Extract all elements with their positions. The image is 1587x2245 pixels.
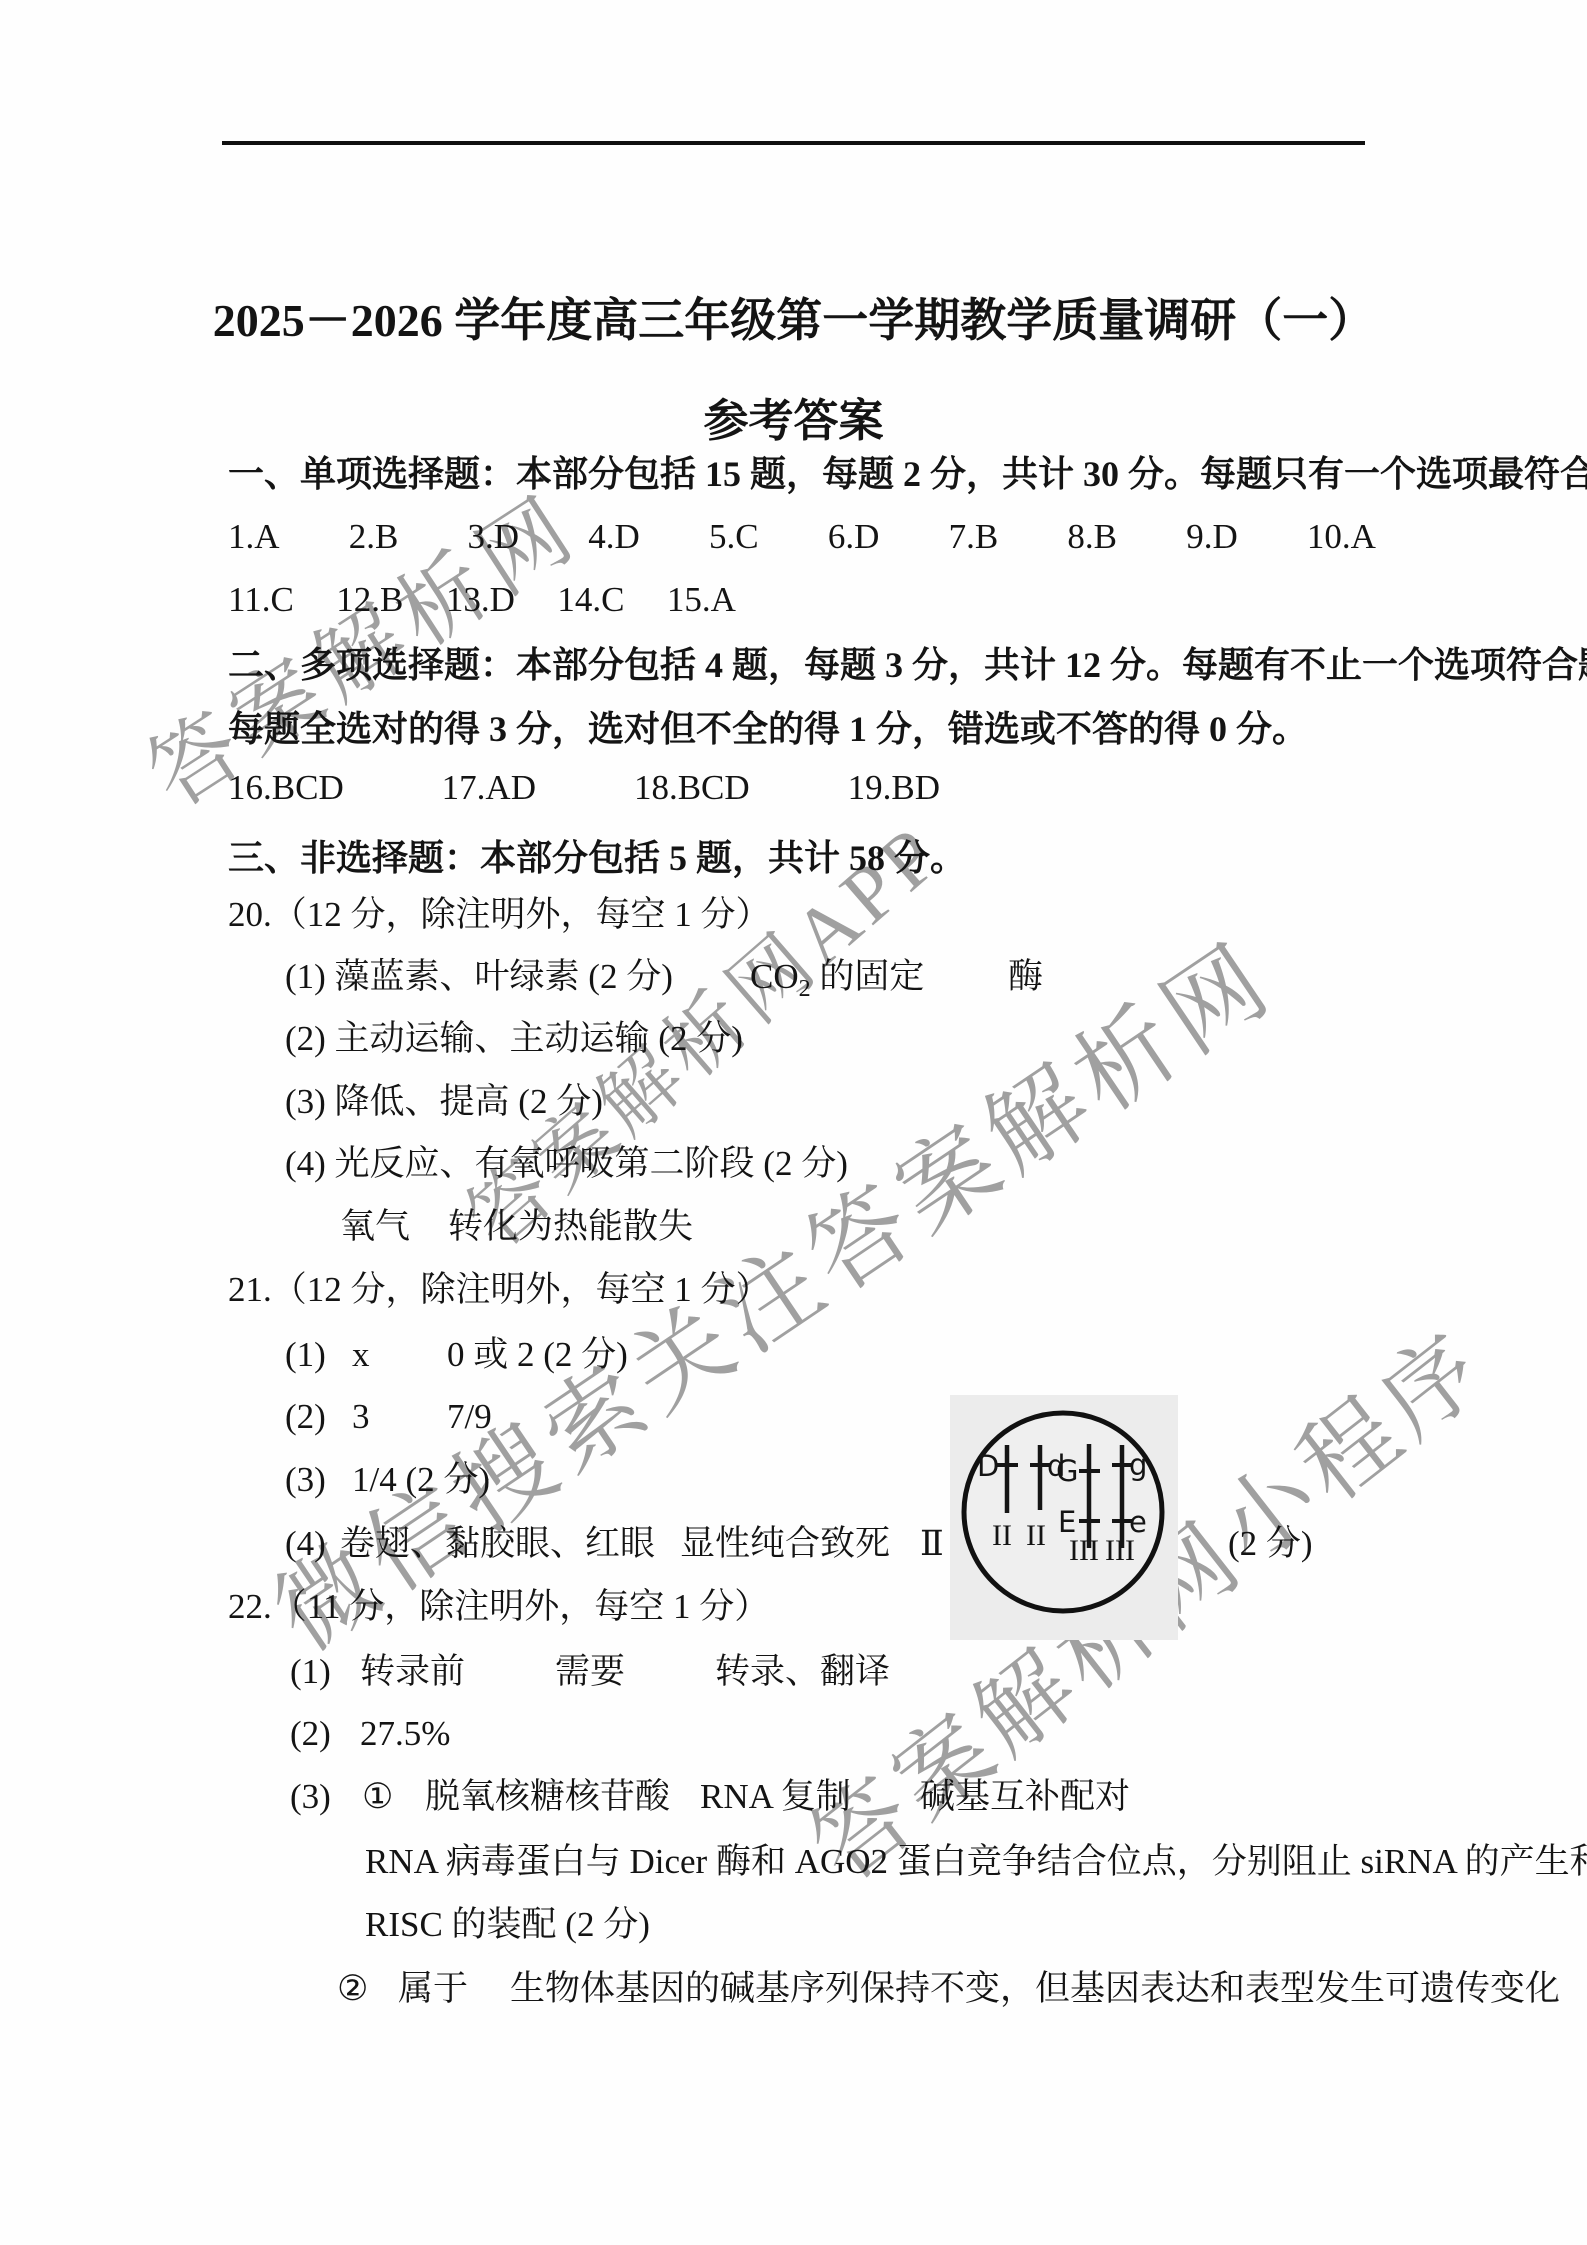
answer-1: 1.A	[228, 517, 280, 557]
answer-12: 12.B	[336, 580, 403, 620]
q21-heading: 21.（12 分，除注明外，每空 1 分）	[228, 1268, 771, 1312]
answer-17: 17.AD	[442, 768, 536, 808]
answer-5: 5.C	[709, 517, 759, 557]
q22-item3-answer2: RNA 复制	[700, 1775, 851, 1819]
q20-item3: (3) 降低、提高 (2 分)	[285, 1080, 603, 1124]
q21-item2-answer1: 3	[352, 1395, 370, 1439]
q22-item3-explanation-line1: RNA 病毒蛋白与 Dicer 酶和 AGO2 蛋白竞争结合位点，分别阻止 si…	[365, 1840, 1587, 1884]
answer-14: 14.C	[557, 580, 624, 620]
section2-answers-row: 16.BCD 17.AD 18.BCD 19.BD	[228, 768, 940, 808]
chromosome-cell-diagram: D II d II G E III g e III	[950, 1395, 1178, 1640]
answer-2: 2.B	[349, 517, 399, 557]
q22-item1-answer2: 需要	[555, 1650, 625, 1694]
q22-item1-answer1: 转录前	[360, 1650, 465, 1694]
q21-item2-answer2: 7/9	[447, 1395, 492, 1439]
answer-15: 15.A	[667, 580, 736, 620]
answer-6: 6.D	[828, 517, 880, 557]
answer-18: 18.BCD	[634, 768, 750, 808]
q22-item3-circled1: ①	[362, 1775, 393, 1819]
q22-item1-answer3: 转录、翻译	[715, 1650, 890, 1694]
q22-item2-number: (2)	[290, 1712, 331, 1756]
answer-3: 3.D	[468, 517, 520, 557]
q22-item3-number: (3)	[290, 1775, 331, 1819]
chromosome-number-III-2: III	[1105, 1534, 1135, 1567]
section1-answers-row2: 11.C 12.B 13.D 14.C 15.A	[228, 580, 736, 620]
q20-heading: 20.（12 分，除注明外，每空 1 分）	[228, 893, 771, 937]
q22-item3-answer1: 脱氧核糖核苷酸	[425, 1775, 670, 1819]
q22-item1-number: (1)	[290, 1650, 331, 1694]
co2-subscript: 2	[799, 976, 811, 1002]
q21-item4-answer1: 卷翅、黏胶眼、红眼	[340, 1522, 655, 1566]
q21-item1-answer2: 0 或 2 (2 分)	[447, 1333, 628, 1377]
allele-label-G: G	[1056, 1454, 1078, 1488]
q21-item1-answer1: x	[352, 1333, 370, 1377]
answer-11: 11.C	[228, 580, 294, 620]
section2-heading-line2: 每题全选对的得 3 分，选对但不全的得 1 分，错选或不答的得 0 分。	[228, 707, 1308, 752]
q21-item2-number: (2)	[285, 1395, 326, 1439]
answer-9: 9.D	[1186, 517, 1238, 557]
answer-4: 4.D	[588, 517, 640, 557]
q22-item2-answer: 27.5%	[360, 1712, 450, 1756]
q20-item1-answer3: 酶	[1008, 955, 1043, 999]
q22-item3-answer3: 碱基互补配对	[920, 1775, 1130, 1819]
q20-item4-answer4: 转化为热能散失	[448, 1205, 693, 1249]
exam-answer-sheet-page: 答案解析网 答案解析网APP 微信搜索关注答案解析网 答案解析网小程序 2025…	[0, 0, 1587, 2245]
q21-item4-answer2: 显性纯合致死	[680, 1522, 890, 1566]
top-horizontal-rule	[222, 141, 1365, 145]
answer-19: 19.BD	[848, 768, 940, 808]
q22-item3-explanation-line2: RISC 的装配 (2 分)	[365, 1903, 650, 1947]
q22-item4-circled2: ②	[337, 1967, 368, 2011]
q21-item1-number: (1)	[285, 1333, 326, 1377]
page-title: 2025－2026 学年度高三年级第一学期教学质量调研（一）	[0, 284, 1587, 350]
answer-10: 10.A	[1307, 517, 1376, 557]
q21-item4-number: (4)	[285, 1522, 326, 1566]
q20-item4-answer3: 氧气	[340, 1205, 410, 1249]
section1-answers-row1: 1.A 2.B 3.D 4.D 5.C 6.D 7.B 8.B 9.D 10.A	[228, 517, 1376, 557]
chromosome-number-II-1: II	[992, 1519, 1012, 1552]
section3-heading: 三、非选择题：本部分包括 5 题，共计 58 分。	[228, 836, 966, 881]
co2-suffix: 的固定	[811, 957, 925, 996]
q20-item1-answer1: (1) 藻蓝素、叶绿素 (2 分)	[285, 955, 673, 999]
q22-item4-answer1: 属于	[398, 1967, 468, 2011]
q21-item4-score: (2 分)	[1228, 1522, 1313, 1566]
answer-8: 8.B	[1067, 517, 1117, 557]
q21-item3-answer: 1/4 (2 分)	[352, 1458, 490, 1502]
q22-item4-answer2: 生物体基因的碱基序列保持不变，但基因表达和表型发生可遗传变化	[510, 1967, 1560, 2011]
allele-label-g: g	[1129, 1448, 1147, 1482]
q20-item4: (4) 光反应、有氧呼吸第二阶段 (2 分)	[285, 1142, 848, 1186]
answer-13: 13.D	[446, 580, 515, 620]
section1-heading: 一、单项选择题：本部分包括 15 题，每题 2 分，共计 30 分。每题只有一个…	[228, 452, 1587, 497]
answer-16: 16.BCD	[228, 768, 344, 808]
q21-item3-number: (3)	[285, 1458, 326, 1502]
chromosome-number-II-2: II	[1026, 1519, 1046, 1552]
section2-heading-line1: 二、多项选择题：本部分包括 4 题，每题 3 分，共计 12 分。每题有不止一个…	[228, 643, 1587, 688]
allele-label-D: D	[977, 1449, 999, 1483]
page-subtitle: 参考答案	[0, 384, 1587, 449]
co2-prefix: CO	[750, 957, 799, 996]
chromosome-number-III-1: III	[1069, 1534, 1099, 1567]
answer-7: 7.B	[949, 517, 999, 557]
q22-heading: 22.（11 分，除注明外，每空 1 分）	[228, 1585, 769, 1629]
q20-item2: (2) 主动运输、主动运输 (2 分)	[285, 1017, 743, 1061]
q20-item1-answer2: CO2 的固定	[750, 955, 924, 1004]
q21-item4-answer3: Ⅱ	[920, 1522, 944, 1566]
